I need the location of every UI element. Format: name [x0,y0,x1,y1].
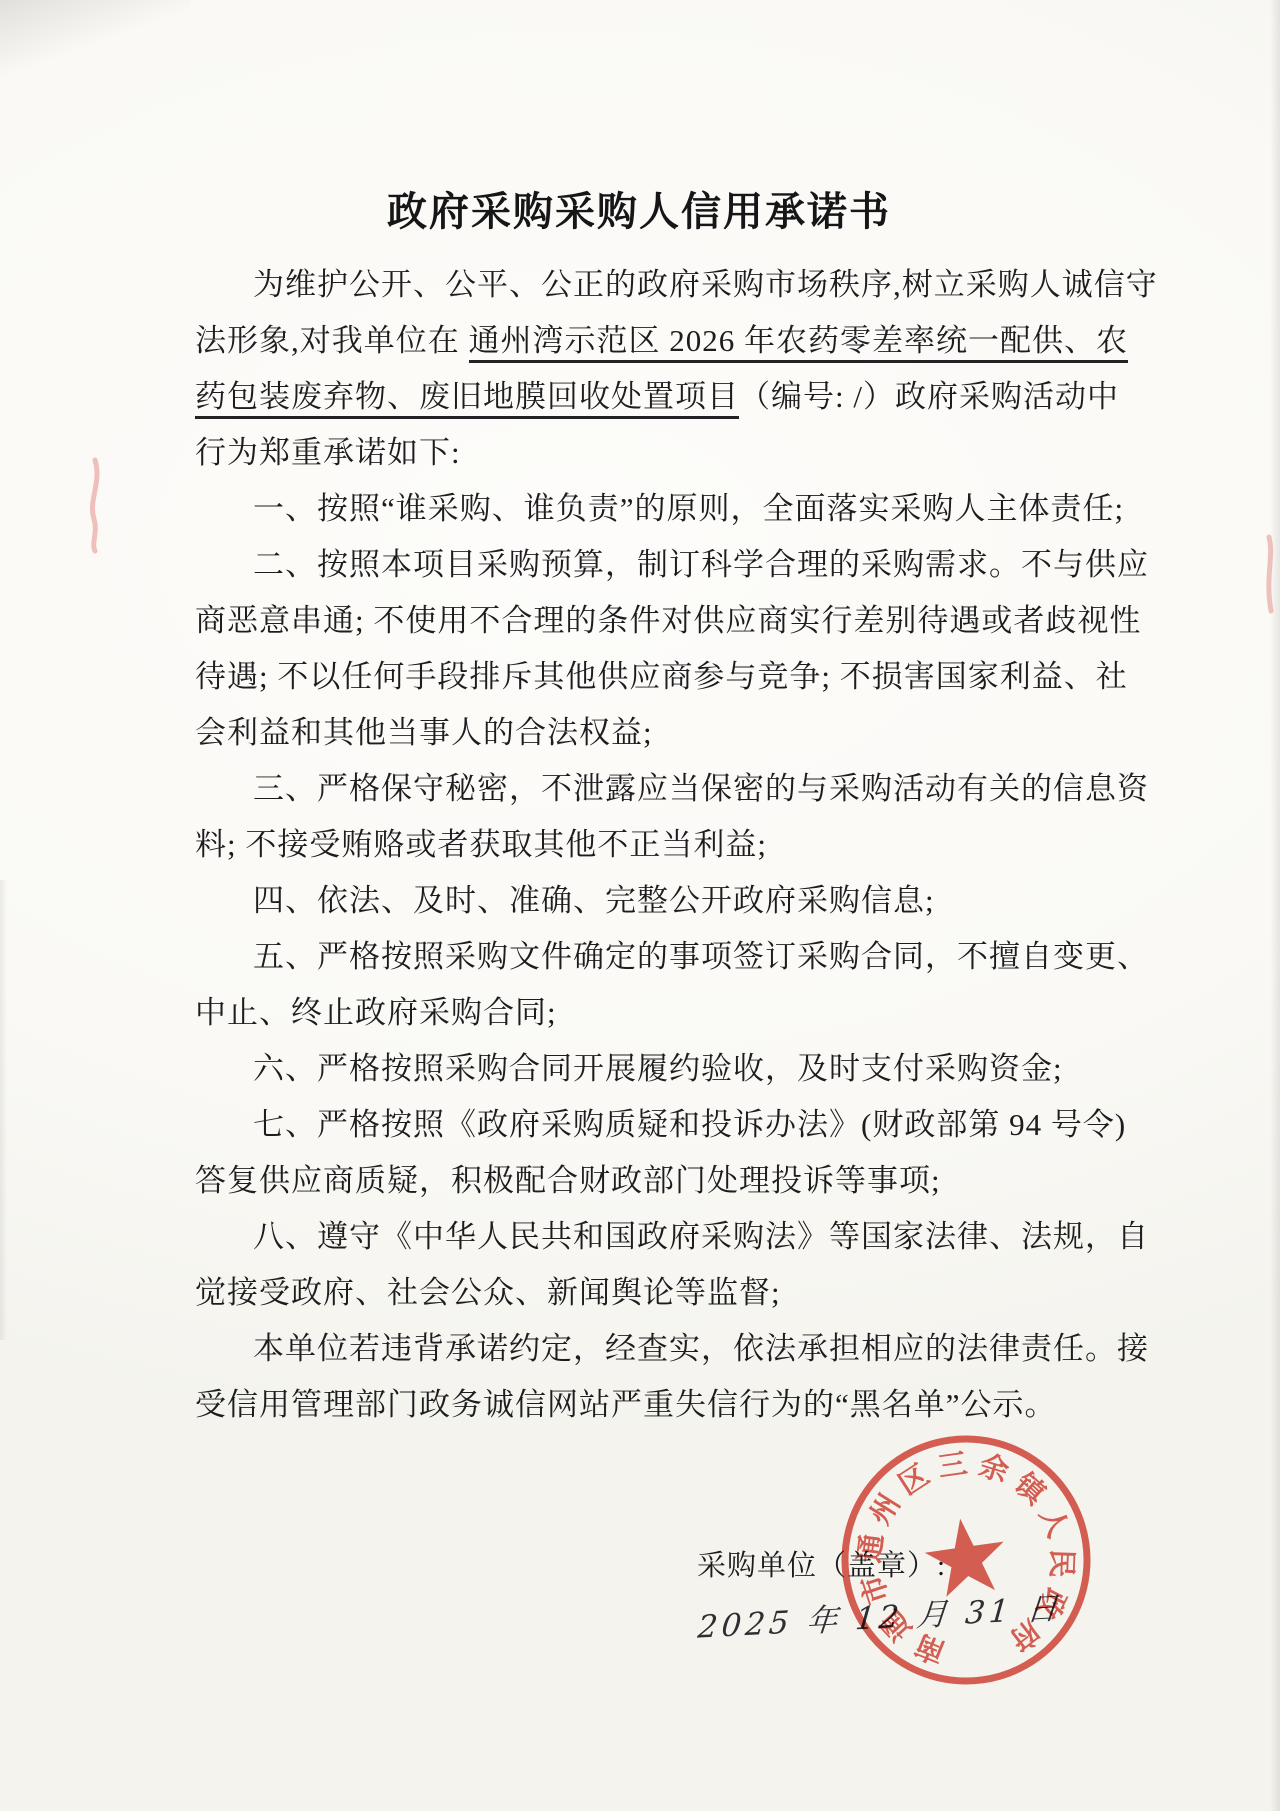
seal-char: 府 [1003,1613,1046,1657]
text-segment: 中止、终止政府采购合同; [195,995,557,1030]
seal-char: 通 [853,1532,889,1565]
body-line: 待遇; 不以任何手段排斥其他供应商参与竞争; 不损害国家利益、社 [195,649,1115,705]
text-segment: 四、依法、及时、准确、完整公开政府采购信息; [253,883,935,918]
body-line: 五、严格按照采购文件确定的事项签订采购合同，不擅自变更、 [195,929,1115,985]
text-segment: 八、遵守《中华人民共和国政府采购法》等国家法律、法规，自 [253,1219,1149,1254]
body-line: 一、按照“谁采购、谁负责”的原则，全面落实采购人主体责任; [195,481,1115,537]
text-segment: 商恶意串通; 不使用不合理的条件对供应商实行差别待遇或者歧视性 [195,603,1141,638]
seal-char: 市 [855,1571,895,1609]
scan-shadow-right-edge [1270,0,1280,1811]
body-line: 答复供应商质疑，积极配合财政部门处理投诉等事项; [195,1153,1115,1209]
text-segment: 法形象,对我单位在 [195,323,469,358]
text-segment: 会利益和其他当事人的合法权益; [195,715,653,750]
document-body: 为维护公开、公平、公正的政府采购市场秩序,树立采购人诚信守法形象,对我单位在 通… [195,257,1115,1433]
body-line: 四、依法、及时、准确、完整公开政府采购信息; [195,873,1115,929]
seal-char: 民 [1044,1548,1078,1578]
text-segment: 二、按照本项目采购预算，制订科学合理的采购需求。不与供应 [253,547,1149,582]
body-line: 会利益和其他当事人的合法权益; [195,705,1115,761]
seal-char: 三 [936,1448,969,1484]
seal-star [921,1513,1010,1599]
text-segment: 本单位若违背承诺约定，经查实，依法承担相应的法律责任。接 [253,1331,1149,1366]
underlined-text: 通州湾示范区 2026 年农药零差率统一配供、农 [469,323,1129,363]
body-line: 觉接受政府、社会公众、新闻舆论等监督; [195,1265,1115,1321]
body-line: 八、遵守《中华人民共和国政府采购法》等国家法律、法规，自 [195,1209,1115,1265]
pink-margin-mark-left [80,455,110,555]
text-segment: 五、严格按照采购文件确定的事项签订采购合同，不擅自变更、 [253,939,1149,974]
pink-margin-mark-right [1260,533,1280,615]
body-line: 本单位若违背承诺约定，经查实，依法承担相应的法律责任。接 [195,1321,1115,1377]
text-segment: 料; 不接受贿赂或者获取其他不正当利益; [195,827,767,862]
body-line: 七、严格按照《政府采购质疑和投诉办法》(财政部第 94 号令) [195,1097,1115,1153]
seal-char: 政 [1030,1583,1073,1624]
seal-char: 区 [893,1458,935,1501]
body-line: 六、严格按照采购合同开展履约验收，及时支付采购资金; [195,1041,1115,1097]
text-segment: 觉接受政府、社会公众、新闻舆论等监督; [195,1275,781,1310]
scan-shadow-left-edge [0,880,7,1340]
body-line: 商恶意串通; 不使用不合理的条件对供应商实行差别待遇或者歧视性 [195,593,1115,649]
text-segment: 为维护公开、公平、公正的政府采购市场秩序,树立采购人诚信守 [253,267,1158,302]
seal-char: 州 [864,1489,907,1531]
body-line: 为维护公开、公平、公正的政府采购市场秩序,树立采购人诚信守 [195,257,1115,313]
body-line: 二、按照本项目采购预算，制订科学合理的采购需求。不与供应 [195,537,1115,593]
seal-char: 人 [1033,1503,1074,1542]
body-line: 法形象,对我单位在 通州湾示范区 2026 年农药零差率统一配供、农 [195,313,1115,369]
official-seal: 南通市通州区三余镇人民政府 [808,1402,1124,1718]
text-segment: 待遇; 不以任何手段排斥其他供应商参与竞争; 不损害国家利益、社 [195,659,1128,694]
body-line: 三、严格保守秘密，不泄露应当保密的与采购活动有关的信息资 [195,761,1115,817]
underlined-text: 药包装废弃物、废旧地膜回收处置项目 [195,379,739,419]
document-page: 政府采购采购人信用承诺书 为维护公开、公平、公正的政府采购市场秩序,树立采购人诚… [0,0,1280,1811]
text-segment: 一、按照“谁采购、谁负责”的原则，全面落实采购人主体责任; [253,491,1124,526]
text-segment: 行为郑重承诺如下: [195,435,461,470]
body-line: 中止、终止政府采购合同; [195,985,1115,1041]
seal-char: 余 [975,1449,1012,1489]
seal-char: 通 [874,1603,918,1647]
scan-shadow-top-left [0,0,190,75]
text-segment: （编号: /）政府采购活动中 [739,379,1119,414]
text-segment: 答复供应商质疑，积极配合财政部门处理投诉等事项; [195,1163,941,1198]
text-segment: 七、严格按照《政府采购质疑和投诉办法》(财政部第 94 号令) [253,1107,1126,1142]
document-title: 政府采购采购人信用承诺书 [195,180,1083,237]
text-segment: 六、严格按照采购合同开展履约验收，及时支付采购资金; [253,1051,1063,1086]
body-line: 料; 不接受贿赂或者获取其他不正当利益; [195,817,1115,873]
text-segment: 受信用管理部门政务诚信网站严重失信行为的“黑名单”公示。 [195,1387,1057,1422]
text-segment: 三、严格保守秘密，不泄露应当保密的与采购活动有关的信息资 [253,771,1149,806]
body-line: 药包装废弃物、废旧地膜回收处置项目（编号: /）政府采购活动中 [195,369,1115,425]
seal-char: 南 [911,1628,950,1669]
body-line: 行为郑重承诺如下: [195,425,1115,481]
